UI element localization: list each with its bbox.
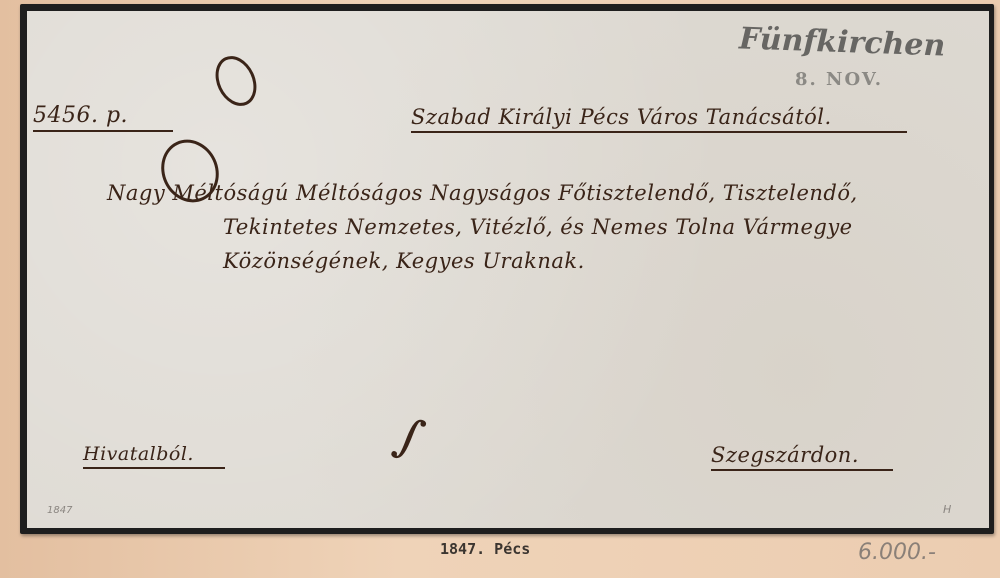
address-line-2: Tekintetes Nemzetes, Vitézlő, és Nemes T… [223, 215, 853, 239]
postmark-date: 8. NOV. [795, 69, 883, 90]
pencil-price: 6.000.- [858, 540, 936, 565]
sender-line: Szabad Királyi Pécs Város Tanácsától. [411, 105, 907, 133]
destination: Szegszárdon. [711, 443, 893, 471]
address-line-1: Nagy Méltóságú Méltóságos Nagyságos Főti… [107, 181, 858, 205]
reference-number: 5456. p. [33, 103, 173, 132]
official-note: Hivatalból. [83, 443, 225, 469]
postmark-town: Fünfkirchen [738, 21, 945, 63]
center-flourish: ∫ [388, 406, 431, 467]
sender-flourish-initial [208, 49, 264, 112]
album-caption: 1847. Pécs [440, 540, 530, 558]
pencil-mark: H [943, 503, 951, 516]
letter-cover: Fünfkirchen 8. NOV. 5456. p. Szabad Kirá… [27, 11, 989, 528]
address-line-3: Közönségének, Kegyes Uraknak. [223, 249, 585, 273]
pencil-year-note: 1847 [47, 505, 72, 516]
